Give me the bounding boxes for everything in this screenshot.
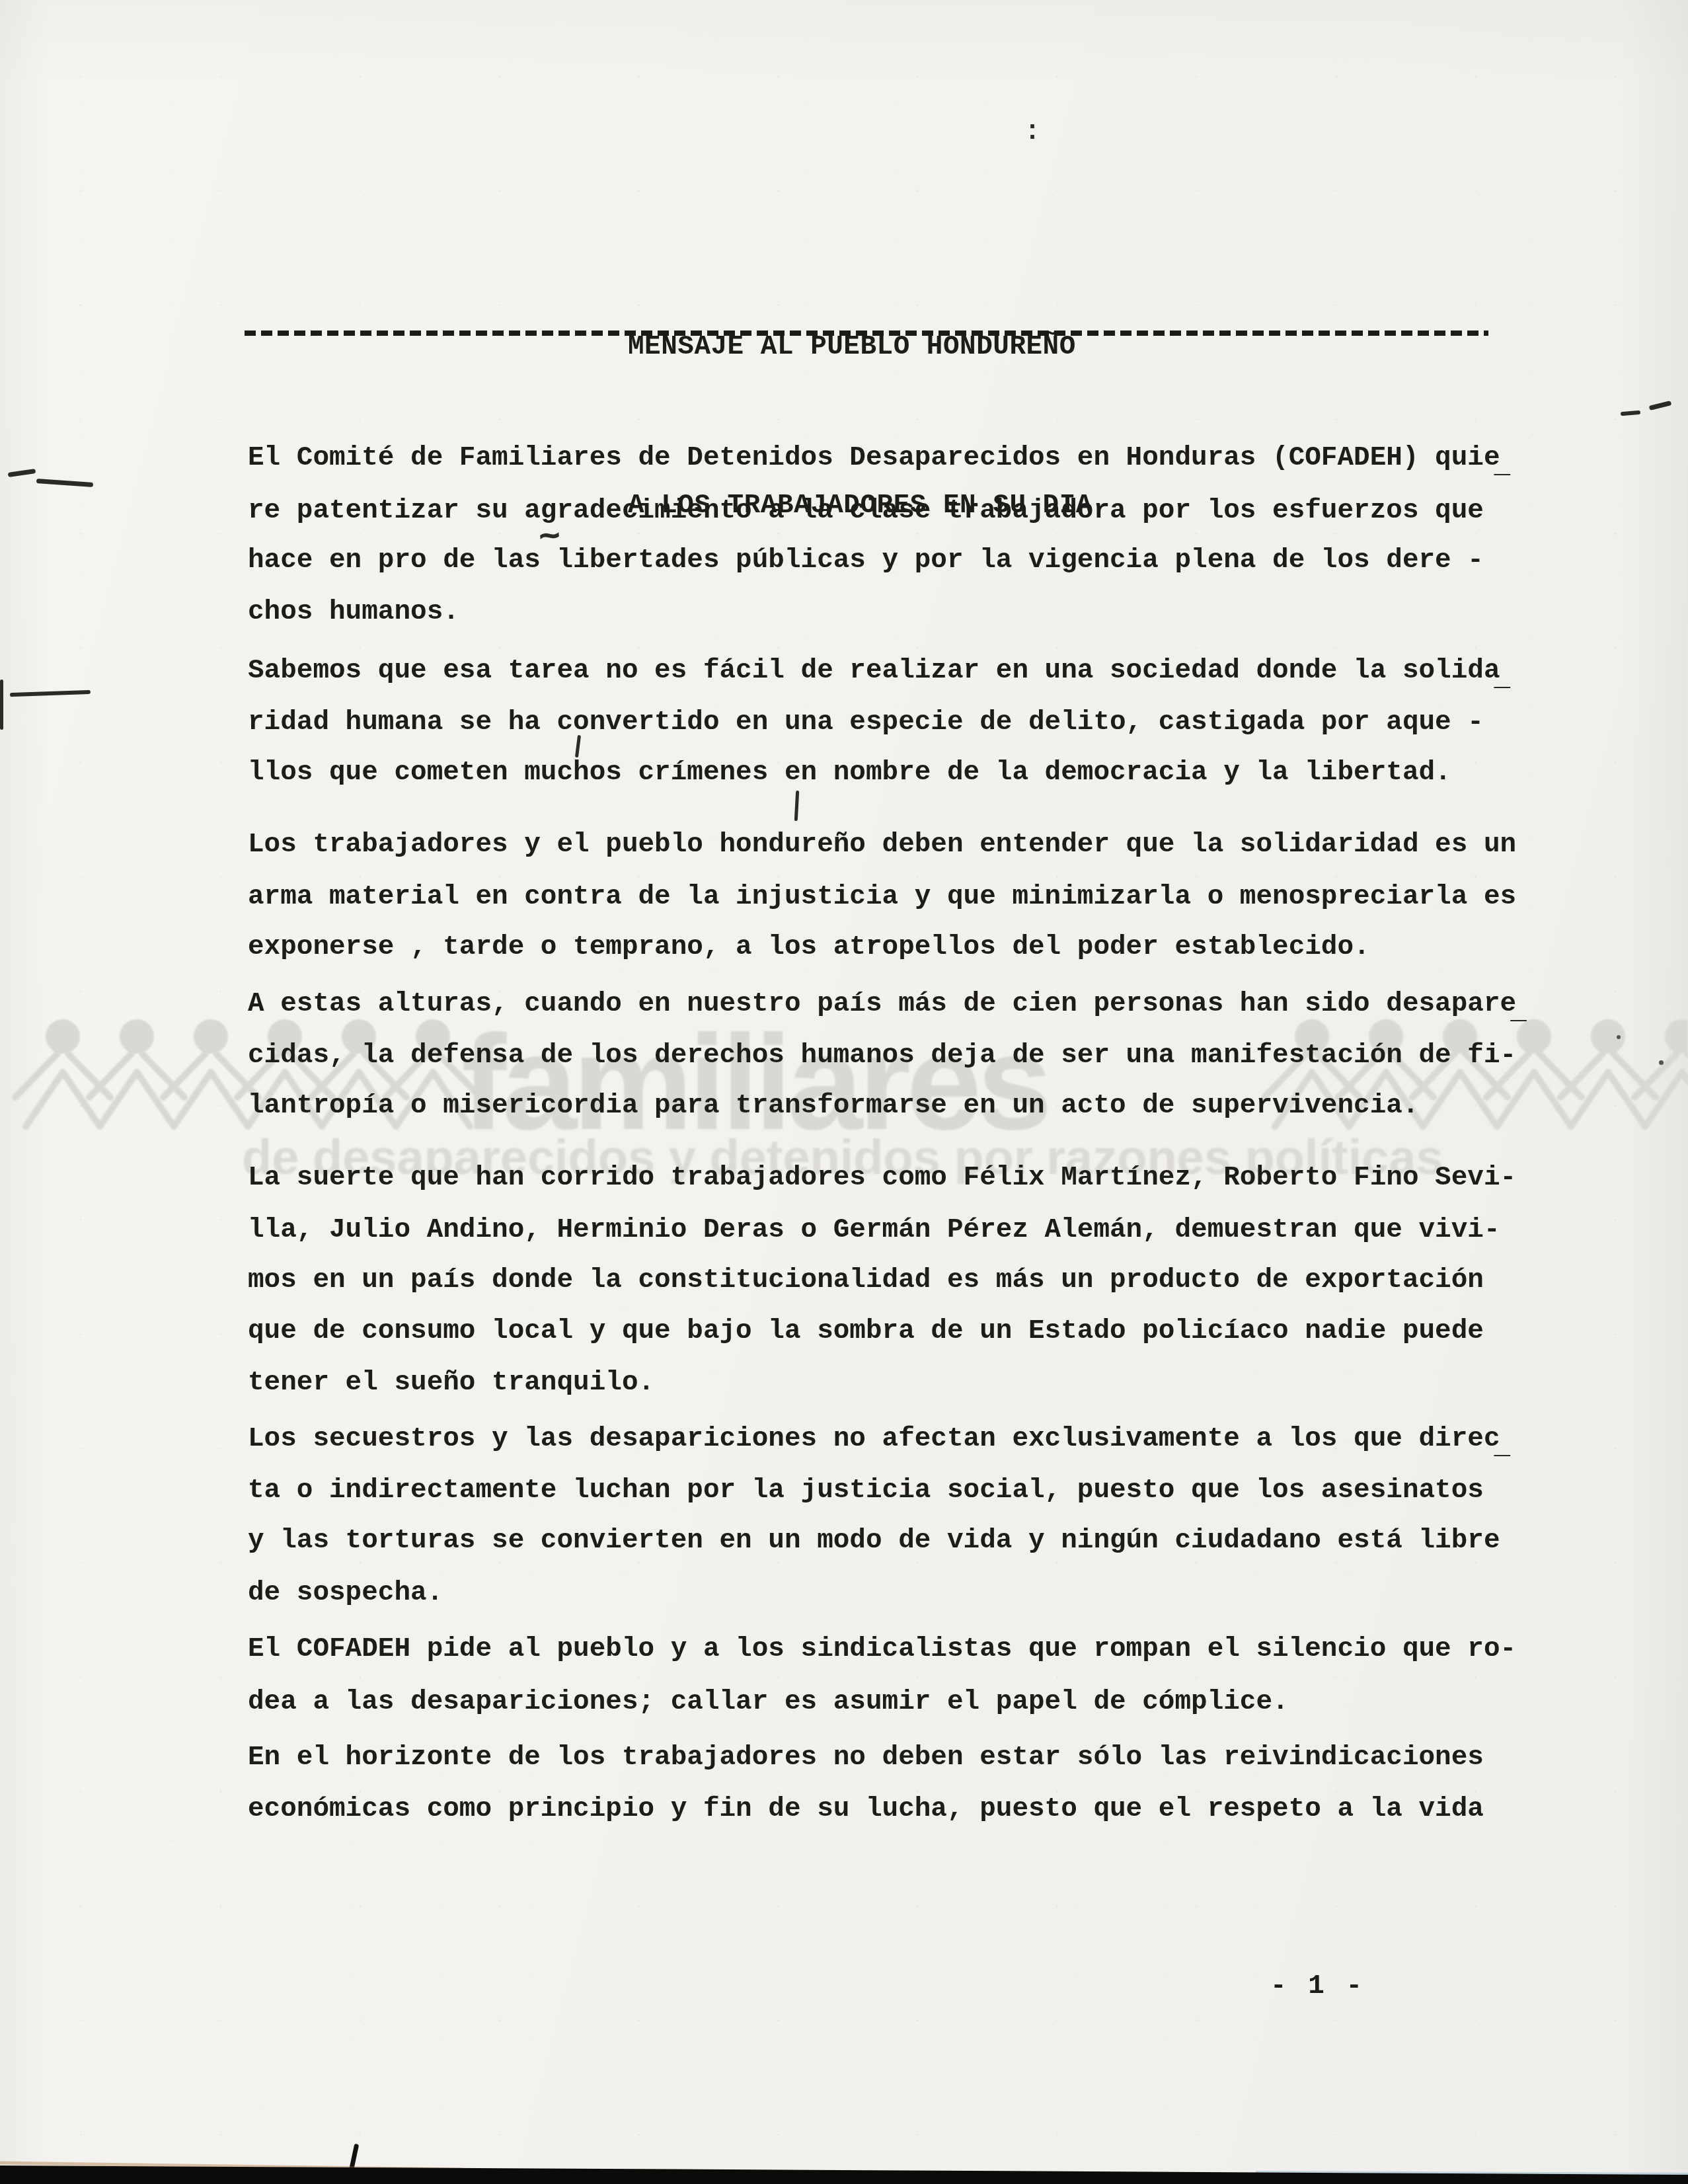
text-line: tener el sueño tranquilo. [248,1358,1543,1409]
continuation-underscore: _ [1494,1422,1511,1473]
paragraph: A estas alturas, cuando en nuestro país … [248,979,1543,1133]
text-line: hace en pro de las libertades públicas y… [248,535,1543,587]
text-line: re patentizar su agradecimiento a la cla… [248,485,1543,537]
scan-mark [36,479,93,487]
paragraph: El Comité de Familiares de Detenidos Des… [248,433,1543,638]
paragraph: Sabemos que esa tarea no es fácil de rea… [248,646,1543,800]
body-text: El Comité de Familiares de Detenidos Des… [248,433,1543,1835]
text-line: y las torturas se convierten en un modo … [248,1516,1543,1567]
text-line: El COFADEH pide al pueblo y a los sindic… [248,1624,1543,1676]
scan-mark [8,469,36,477]
text-line: ridad humana se ha convertido en una esp… [248,697,1543,749]
text-line: A estas alturas, cuando en nuestro país … [248,979,1543,1031]
scan-mark [0,680,3,730]
page-number: - 1 - [1270,1971,1365,2002]
text-line: La suerte que han corrido trabajadores c… [248,1153,1543,1204]
text-line: que de consumo local y que bajo la sombr… [248,1306,1543,1358]
text-line: El Comité de Familiares de Detenidos Des… [248,433,1543,485]
text-line: lantropía o misericordia para transforma… [248,1081,1543,1132]
scan-mark: : [1024,118,1040,147]
scan-mark [1621,410,1640,416]
title-line-1: MENSAJE AL PUEBLO HONDUREÑO [628,321,1093,373]
scanned-document-page: familiares de desaparecidos y detenidos … [0,0,1688,2184]
text-line: Los trabajadores y el pueblo hondureño d… [248,820,1543,871]
paragraph: Los secuestros y las desapariciones no a… [248,1414,1543,1619]
scan-mark [349,2144,360,2172]
paragraph: Los trabajadores y el pueblo hondureño d… [248,820,1543,974]
scan-mark [10,690,91,697]
paragraph: La suerte que han corrido trabajadores c… [248,1153,1543,1409]
text-line: arma material en contra de la injusticia… [248,872,1543,923]
text-line: mos en un país donde la constitucionalid… [248,1255,1543,1307]
text-line: cidas, la defensa de los derechos humano… [248,1031,1543,1082]
dashed-separator [245,331,1488,336]
paragraph: El COFADEH pide al pueblo y a los sindic… [248,1624,1543,1727]
text-line: En el horizonte de los trabajadores no d… [248,1733,1543,1784]
continuation-underscore: _ [1510,987,1527,1038]
text-line: chos humanos. [248,587,1543,639]
text-line: ta o indirectamente luchan por la justic… [248,1465,1543,1517]
text-line: lla, Julio Andino, Herminio Deras o Germ… [248,1205,1543,1257]
continuation-underscore: _ [1494,654,1511,705]
scan-mark [1649,401,1672,410]
scan-mark [1659,1060,1664,1065]
text-line: de sospecha. [248,1568,1543,1619]
text-line: exponerse , tarde o temprano, a los atro… [248,922,1543,974]
paragraph: En el horizonte de los trabajadores no d… [248,1733,1543,1835]
text-line: Sabemos que esa tarea no es fácil de rea… [248,646,1543,697]
continuation-underscore: _ [1494,441,1511,492]
text-line: llos que cometen muchos crímenes en nomb… [248,748,1543,799]
scan-mark [1617,1035,1621,1039]
text-line: dea a las desapariciones; callar es asum… [248,1676,1543,1728]
text-line: Los secuestros y las desapariciones no a… [248,1414,1543,1465]
text-line: económicas como principio y fin de su lu… [248,1784,1543,1836]
